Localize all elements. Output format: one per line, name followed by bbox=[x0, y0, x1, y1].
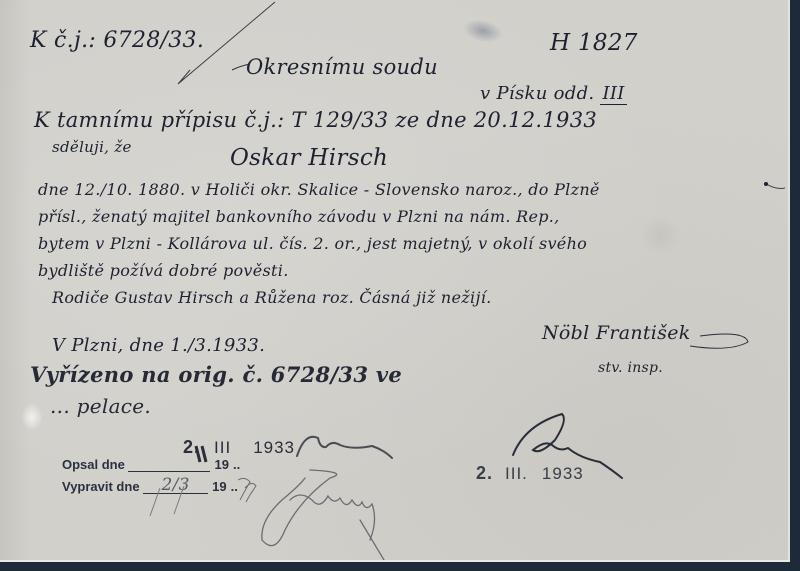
vypravit-date-line: 2/3 bbox=[143, 479, 208, 494]
stamp-year: 1933 bbox=[542, 464, 584, 483]
pencil-signature bbox=[262, 470, 384, 560]
stamp-year: 1933 bbox=[253, 438, 295, 457]
date-stamp-right: 2.III.1933 bbox=[476, 463, 584, 484]
form-stamp-opsal: Opsal dne 19.. bbox=[62, 457, 240, 472]
stamp-month: III. bbox=[505, 464, 528, 483]
reference-number: K č.j.: 6728/33. bbox=[30, 28, 204, 53]
body-line: bydliště požívá dobré pověsti. bbox=[38, 261, 289, 280]
place-date: V Plzni, dne 1./3.1933. bbox=[52, 335, 265, 356]
body-line: přísl., ženatý majitel bankovního závodu… bbox=[38, 207, 560, 226]
signature-title: stv. insp. bbox=[598, 360, 663, 376]
initials-left-signature bbox=[297, 437, 392, 458]
document-page: K č.j.: 6728/33. H 1827 Okresnímu soudu … bbox=[0, 0, 790, 562]
opsal-date-line bbox=[128, 457, 210, 472]
addressee-line-1: Okresnímu soudu bbox=[246, 55, 438, 79]
signature-name: Nöbl František bbox=[542, 322, 691, 344]
vypravit-label: Vypravit dne bbox=[62, 479, 140, 494]
annotation-line-2: ... pelace. bbox=[50, 394, 151, 418]
pen-strokes bbox=[0, 0, 790, 562]
opsal-label: Opsal dne bbox=[62, 457, 125, 472]
signature-flourish bbox=[690, 334, 748, 348]
vypravit-dots: .. bbox=[231, 479, 238, 494]
stamp-day: 2. bbox=[183, 437, 200, 457]
paper-shade bbox=[0, 0, 30, 562]
pencil-squiggle bbox=[238, 478, 256, 502]
date-stamp-left: 2.III1933 bbox=[183, 437, 295, 458]
reference-line: K tamnímu přípisu č.j.: T 129/33 ze dne … bbox=[34, 108, 597, 132]
paper-stain bbox=[640, 215, 680, 255]
addressee-court-location: v Písku odd. bbox=[480, 83, 594, 104]
ink-smudge bbox=[461, 16, 505, 46]
vypravit-year: 19 bbox=[212, 479, 226, 494]
file-mark: H 1827 bbox=[550, 30, 638, 56]
body-line: Rodiče Gustav Hirsch a Růžena roz. Čásná… bbox=[52, 288, 492, 307]
vypravit-date-value: 2/3 bbox=[162, 475, 190, 495]
annotation-line-1: Vyřízeno na orig. č. 6728/33 ve bbox=[30, 362, 402, 387]
ink-dot bbox=[764, 182, 768, 186]
addressee-department: III bbox=[600, 83, 626, 105]
paper-wear bbox=[22, 404, 42, 430]
body-line: bytem v Plzni - Kollárova ul. čís. 2. or… bbox=[38, 234, 587, 253]
body-line: dne 12./10. 1880. v Holiči okr. Skalice … bbox=[38, 180, 600, 199]
stamp-day: 2. bbox=[476, 463, 493, 483]
opsal-year: 19 bbox=[214, 457, 228, 472]
paper-edge-right bbox=[788, 0, 790, 562]
stamp-month: III bbox=[214, 438, 231, 457]
subject-name: Oskar Hirsch bbox=[230, 145, 388, 171]
paper-edge-bottom bbox=[0, 560, 790, 562]
paper-tear bbox=[765, 183, 785, 188]
intro-text: sděluji, že bbox=[52, 138, 132, 156]
form-stamp-vypravit: Vypravit dne 2/3 19.. bbox=[62, 479, 238, 494]
addressee-line-2: v Písku odd. III bbox=[480, 83, 627, 104]
opsal-dots: .. bbox=[233, 457, 240, 472]
